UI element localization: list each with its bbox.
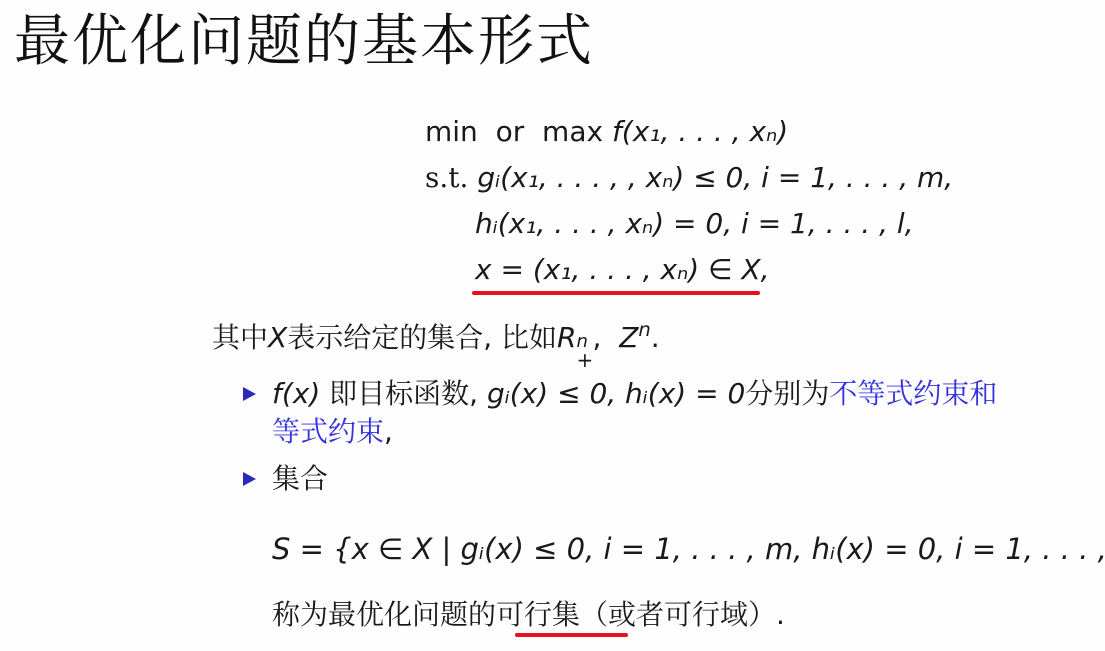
- where-text-1: 其中: [212, 321, 268, 354]
- period: .: [651, 321, 660, 354]
- set-x-symbol: X: [268, 321, 287, 354]
- bullet-1-text-2: 分别为: [745, 377, 829, 410]
- separator: ,: [592, 321, 619, 354]
- bullet-1-line-2: 等式约束,: [272, 414, 393, 450]
- equality-constraint-line: hᵢ(x₁, . . . , xₙ) = 0, i = 1, . . . , l…: [475, 206, 914, 242]
- constraint-exprs: gᵢ(x) ≤ 0, hᵢ(x) = 0: [487, 377, 745, 410]
- r-symbol: R: [557, 321, 576, 354]
- objective-expr: f(x₁, . . . , xₙ): [612, 115, 788, 148]
- z-superscript: n: [638, 318, 650, 341]
- bullet-triangle-icon: [243, 387, 256, 401]
- bullet-triangle-icon: [243, 472, 256, 486]
- bullet-1-text-1: 即目标函数,: [320, 377, 487, 410]
- feasible-text-after: （或者可行域）.: [580, 598, 785, 631]
- equality-expr: hᵢ(x₁, . . . , xₙ) = 0, i = 1, . . . , l…: [475, 207, 914, 240]
- objective-line: min or max f(x₁, . . . , xₙ): [425, 114, 788, 150]
- bullet-1-line-1: f(x) 即目标函数, gᵢ(x) ≤ 0, hᵢ(x) = 0分别为不等式约束…: [272, 376, 997, 412]
- objective-fx: f(x): [272, 377, 320, 410]
- highlight-equality-constraint: 等式约束: [272, 415, 384, 448]
- where-paragraph: 其中X表示给定的集合, 比如Rn+, Zn.: [212, 320, 660, 356]
- highlight-inequality-constraint: 不等式约束和: [829, 377, 997, 410]
- feasible-set-definition: S = {x ∈ X | gᵢ(x) ≤ 0, i = 1, . . . , m…: [272, 531, 1105, 567]
- slide-title: 最优化问题的基本形式: [14, 6, 594, 78]
- where-text-2: 表示给定的集合, 比如: [287, 321, 557, 354]
- domain-constraint-line: x = (x₁, . . . , xₙ) ∈ X,: [475, 252, 770, 288]
- red-underline-annotation: [515, 633, 628, 637]
- bullet-1-tail: ,: [384, 415, 393, 448]
- inequality-expr: gᵢ(x₁, . . . , , xₙ) ≤ 0, i = 1, . . . ,…: [477, 161, 953, 194]
- feasible-text-before: 称为最优化问题的: [272, 598, 496, 631]
- r-subscript: +: [576, 342, 593, 378]
- inequality-constraint-line: s.t. gᵢ(x₁, . . . , , xₙ) ≤ 0, i = 1, . …: [425, 160, 953, 196]
- bullet-2: 集合: [272, 461, 328, 497]
- domain-expr: x = (x₁, . . . , xₙ) ∈ X,: [475, 253, 770, 286]
- st-label: s.t.: [425, 161, 477, 194]
- z-symbol: Z: [619, 321, 638, 354]
- red-underline-annotation: [472, 291, 760, 295]
- objective-prefix: min or max: [425, 115, 612, 148]
- feasible-set-sentence: 称为最优化问题的可行集（或者可行域）.: [272, 597, 785, 633]
- feasible-set-term: 可行集: [496, 598, 580, 631]
